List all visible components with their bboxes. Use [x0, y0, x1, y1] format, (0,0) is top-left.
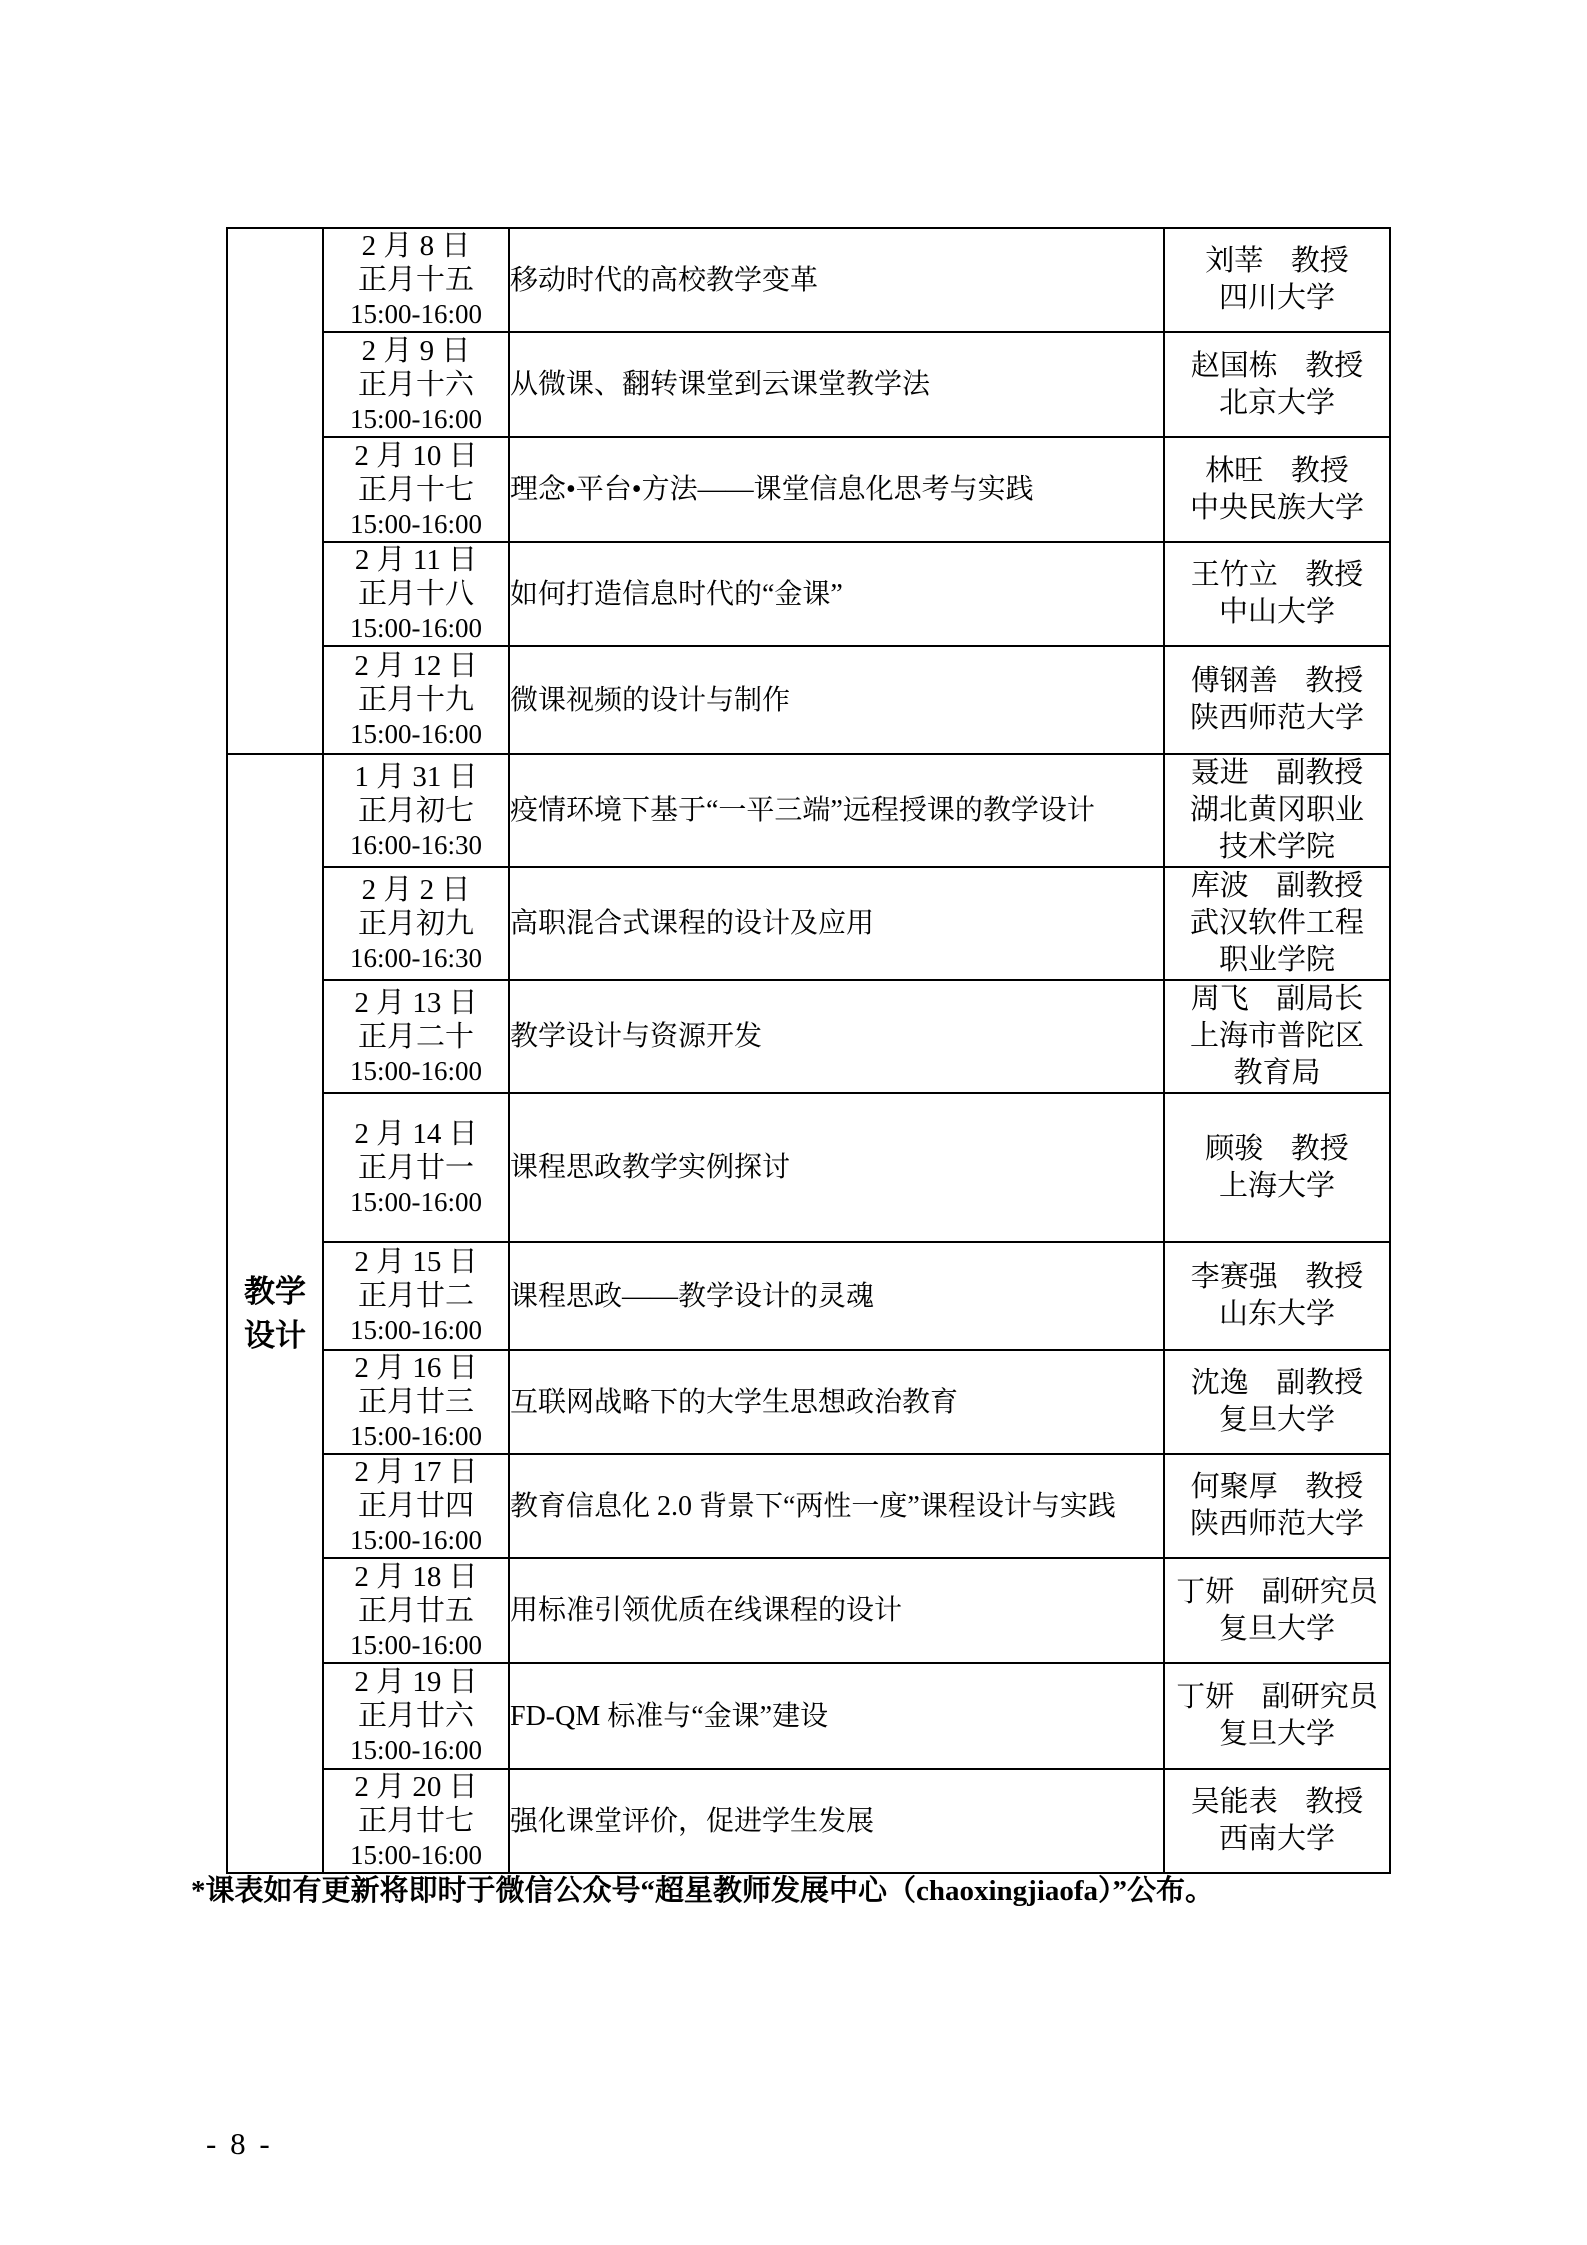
time-slot: 15:00-16:00: [324, 1185, 508, 1219]
speaker-organization: 中央民族大学: [1187, 490, 1367, 527]
time-slot: 15:00-16:00: [324, 1054, 508, 1088]
time-slot: 15:00-16:00: [324, 1419, 508, 1453]
speaker-organization: 中山大学: [1187, 594, 1367, 631]
speaker-title: 教授: [1291, 245, 1349, 277]
lunar-date: 正月廿五: [324, 1594, 508, 1628]
topic-cell: 移动时代的高校教学变革: [509, 228, 1164, 332]
gregorian-date: 2 月 17 日: [324, 1455, 508, 1489]
table-row: 2 月 20 日正月廿七15:00-16:00强化课堂评价，促进学生发展吴能表教…: [227, 1769, 1390, 1873]
gregorian-date: 2 月 10 日: [324, 439, 508, 473]
speaker-title: 教授: [1305, 350, 1363, 382]
speaker-name: 丁妍: [1176, 1681, 1234, 1713]
table-row: 2 月 11 日正月十八15:00-16:00如何打造信息时代的“金课”王竹立教…: [227, 542, 1390, 646]
date-cell: 2 月 11 日正月十八15:00-16:00: [323, 542, 509, 646]
category-line: 设计: [228, 1314, 322, 1358]
speaker-organization: 武汉软件工程职业学院: [1187, 905, 1367, 979]
speaker-name: 丁妍: [1176, 1576, 1234, 1608]
speaker-line: 库波副教授: [1165, 868, 1389, 905]
speaker-line: 王竹立教授: [1165, 557, 1389, 594]
lunar-date: 正月十九: [324, 683, 508, 717]
speaker-title: 教授: [1305, 1786, 1363, 1818]
table-row: 2 月 9 日正月十六15:00-16:00从微课、翻转课堂到云课堂教学法赵国栋…: [227, 332, 1390, 437]
topic-cell: 用标准引领优质在线课程的设计: [509, 1558, 1164, 1663]
time-slot: 15:00-16:00: [324, 1313, 508, 1347]
speaker-organization: 湖北黄冈职业技术学院: [1187, 792, 1367, 866]
speaker-cell: 何聚厚教授陕西师范大学: [1164, 1454, 1390, 1558]
topic-cell: 理念•平台•方法——课堂信息化思考与实践: [509, 437, 1164, 542]
time-slot: 15:00-16:00: [324, 297, 508, 331]
category-line: 教学: [228, 1270, 322, 1314]
gregorian-date: 2 月 9 日: [324, 334, 508, 368]
category-cell: [227, 228, 323, 754]
topic-cell: 互联网战略下的大学生思想政治教育: [509, 1350, 1164, 1454]
speaker-line: 李赛强教授: [1165, 1259, 1389, 1296]
speaker-line: 何聚厚教授: [1165, 1469, 1389, 1506]
date-cell: 2 月 9 日正月十六15:00-16:00: [323, 332, 509, 437]
speaker-line: 丁妍副研究员: [1165, 1679, 1389, 1716]
speaker-cell: 聂进副教授湖北黄冈职业技术学院: [1164, 754, 1390, 867]
speaker-name: 沈逸: [1191, 1367, 1249, 1399]
date-cell: 2 月 15 日正月廿二15:00-16:00: [323, 1242, 509, 1350]
date-cell: 2 月 14 日正月廿一15:00-16:00: [323, 1093, 509, 1242]
speaker-cell: 赵国栋教授北京大学: [1164, 332, 1390, 437]
speaker-title: 副研究员: [1262, 1681, 1378, 1713]
document-page: 2 月 8 日正月十五15:00-16:00移动时代的高校教学变革刘莘教授四川大…: [0, 0, 1587, 2245]
speaker-line: 沈逸副教授: [1165, 1365, 1389, 1402]
speaker-title: 教授: [1291, 455, 1349, 487]
speaker-name: 聂进: [1191, 757, 1249, 789]
topic-cell: 如何打造信息时代的“金课”: [509, 542, 1164, 646]
lunar-date: 正月十五: [324, 263, 508, 297]
lunar-date: 正月廿七: [324, 1804, 508, 1838]
gregorian-date: 2 月 11 日: [324, 543, 508, 577]
speaker-organization: 复旦大学: [1187, 1716, 1367, 1753]
time-slot: 16:00-16:30: [324, 828, 508, 862]
category-cell: 教学设计: [227, 754, 323, 1873]
date-cell: 2 月 8 日正月十五15:00-16:00: [323, 228, 509, 332]
speaker-cell: 沈逸副教授复旦大学: [1164, 1350, 1390, 1454]
gregorian-date: 2 月 13 日: [324, 986, 508, 1020]
time-slot: 15:00-16:00: [324, 717, 508, 751]
speaker-line: 赵国栋教授: [1165, 348, 1389, 385]
table-row: 2 月 18 日正月廿五15:00-16:00用标准引领优质在线课程的设计丁妍副…: [227, 1558, 1390, 1663]
gregorian-date: 2 月 8 日: [324, 229, 508, 263]
speaker-organization: 北京大学: [1187, 385, 1367, 422]
gregorian-date: 2 月 20 日: [324, 1770, 508, 1804]
lunar-date: 正月廿四: [324, 1489, 508, 1523]
speaker-name: 周飞: [1191, 983, 1249, 1015]
speaker-organization: 上海市普陀区教育局: [1187, 1018, 1367, 1092]
time-slot: 15:00-16:00: [324, 1523, 508, 1557]
speaker-organization: 陕西师范大学: [1187, 700, 1367, 737]
date-cell: 2 月 13 日正月二十15:00-16:00: [323, 980, 509, 1093]
lunar-date: 正月初七: [324, 794, 508, 828]
gregorian-date: 2 月 19 日: [324, 1665, 508, 1699]
table-row: 2 月 14 日正月廿一15:00-16:00课程思政教学实例探讨顾骏教授上海大…: [227, 1093, 1390, 1242]
table-row: 2 月 17 日正月廿四15:00-16:00教育信息化 2.0 背景下“两性一…: [227, 1454, 1390, 1558]
table-row: 2 月 15 日正月廿二15:00-16:00课程思政——教学设计的灵魂李赛强教…: [227, 1242, 1390, 1350]
topic-cell: 教育信息化 2.0 背景下“两性一度”课程设计与实践: [509, 1454, 1164, 1558]
speaker-cell: 顾骏教授上海大学: [1164, 1093, 1390, 1242]
schedule-table: 2 月 8 日正月十五15:00-16:00移动时代的高校教学变革刘莘教授四川大…: [226, 227, 1391, 1874]
footnote: *课表如有更新将即时于微信公众号“超星教师发展中心（chaoxingjiaofa…: [191, 1872, 1214, 1910]
topic-cell: 微课视频的设计与制作: [509, 646, 1164, 754]
speaker-title: 副教授: [1276, 1367, 1363, 1399]
speaker-title: 副教授: [1276, 870, 1363, 902]
time-slot: 15:00-16:00: [324, 402, 508, 436]
speaker-organization: 复旦大学: [1187, 1611, 1367, 1648]
table-row: 2 月 8 日正月十五15:00-16:00移动时代的高校教学变革刘莘教授四川大…: [227, 228, 1390, 332]
date-cell: 2 月 10 日正月十七15:00-16:00: [323, 437, 509, 542]
speaker-title: 教授: [1305, 1261, 1363, 1293]
speaker-name: 何聚厚: [1191, 1471, 1278, 1503]
speaker-cell: 吴能表教授西南大学: [1164, 1769, 1390, 1873]
speaker-line: 顾骏教授: [1165, 1131, 1389, 1168]
speaker-cell: 丁妍副研究员复旦大学: [1164, 1558, 1390, 1663]
date-cell: 2 月 16 日正月廿三15:00-16:00: [323, 1350, 509, 1454]
speaker-cell: 傅钢善教授陕西师范大学: [1164, 646, 1390, 754]
topic-cell: FD-QM 标准与“金课”建设: [509, 1663, 1164, 1769]
date-cell: 2 月 17 日正月廿四15:00-16:00: [323, 1454, 509, 1558]
gregorian-date: 2 月 16 日: [324, 1351, 508, 1385]
topic-cell: 高职混合式课程的设计及应用: [509, 867, 1164, 980]
lunar-date: 正月十六: [324, 368, 508, 402]
table-row: 2 月 2 日正月初九16:00-16:30高职混合式课程的设计及应用库波副教授…: [227, 867, 1390, 980]
speaker-title: 教授: [1305, 559, 1363, 591]
speaker-cell: 丁妍副研究员复旦大学: [1164, 1663, 1390, 1769]
speaker-line: 傅钢善教授: [1165, 663, 1389, 700]
gregorian-date: 2 月 2 日: [324, 873, 508, 907]
speaker-title: 副教授: [1276, 757, 1363, 789]
topic-cell: 教学设计与资源开发: [509, 980, 1164, 1093]
speaker-name: 李赛强: [1191, 1261, 1278, 1293]
topic-cell: 从微课、翻转课堂到云课堂教学法: [509, 332, 1164, 437]
table-row: 2 月 13 日正月二十15:00-16:00教学设计与资源开发周飞副局长上海市…: [227, 980, 1390, 1093]
time-slot: 16:00-16:30: [324, 941, 508, 975]
lunar-date: 正月十八: [324, 577, 508, 611]
speaker-name: 赵国栋: [1191, 350, 1278, 382]
date-cell: 2 月 20 日正月廿七15:00-16:00: [323, 1769, 509, 1873]
speaker-organization: 西南大学: [1187, 1821, 1367, 1858]
speaker-cell: 刘莘教授四川大学: [1164, 228, 1390, 332]
speaker-organization: 四川大学: [1187, 280, 1367, 317]
topic-cell: 强化课堂评价，促进学生发展: [509, 1769, 1164, 1873]
table-row: 2 月 19 日正月廿六15:00-16:00FD-QM 标准与“金课”建设丁妍…: [227, 1663, 1390, 1769]
speaker-title: 副局长: [1276, 983, 1363, 1015]
topic-cell: 课程思政——教学设计的灵魂: [509, 1242, 1164, 1350]
table-row: 教学设计1 月 31 日正月初七16:00-16:30疫情环境下基于“一平三端”…: [227, 754, 1390, 867]
gregorian-date: 2 月 14 日: [324, 1117, 508, 1151]
speaker-line: 周飞副局长: [1165, 981, 1389, 1018]
lunar-date: 正月廿三: [324, 1385, 508, 1419]
speaker-organization: 陕西师范大学: [1187, 1506, 1367, 1543]
lunar-date: 正月初九: [324, 907, 508, 941]
date-cell: 2 月 2 日正月初九16:00-16:30: [323, 867, 509, 980]
table-row: 2 月 10 日正月十七15:00-16:00理念•平台•方法——课堂信息化思考…: [227, 437, 1390, 542]
speaker-organization: 山东大学: [1187, 1296, 1367, 1333]
speaker-title: 副研究员: [1262, 1576, 1378, 1608]
time-slot: 15:00-16:00: [324, 611, 508, 645]
speaker-cell: 库波副教授武汉软件工程职业学院: [1164, 867, 1390, 980]
speaker-name: 库波: [1191, 870, 1249, 902]
date-cell: 1 月 31 日正月初七16:00-16:30: [323, 754, 509, 867]
speaker-line: 吴能表教授: [1165, 1784, 1389, 1821]
lunar-date: 正月二十: [324, 1020, 508, 1054]
speaker-line: 丁妍副研究员: [1165, 1574, 1389, 1611]
topic-cell: 疫情环境下基于“一平三端”远程授课的教学设计: [509, 754, 1164, 867]
speaker-line: 林旺教授: [1165, 453, 1389, 490]
table-row: 2 月 12 日正月十九15:00-16:00微课视频的设计与制作傅钢善教授陕西…: [227, 646, 1390, 754]
lunar-date: 正月廿六: [324, 1699, 508, 1733]
date-cell: 2 月 18 日正月廿五15:00-16:00: [323, 1558, 509, 1663]
gregorian-date: 2 月 18 日: [324, 1560, 508, 1594]
date-cell: 2 月 19 日正月廿六15:00-16:00: [323, 1663, 509, 1769]
topic-cell: 课程思政教学实例探讨: [509, 1093, 1164, 1242]
lunar-date: 正月十七: [324, 473, 508, 507]
speaker-organization: 上海大学: [1187, 1168, 1367, 1205]
lunar-date: 正月廿二: [324, 1279, 508, 1313]
gregorian-date: 2 月 15 日: [324, 1245, 508, 1279]
speaker-cell: 李赛强教授山东大学: [1164, 1242, 1390, 1350]
speaker-cell: 王竹立教授中山大学: [1164, 542, 1390, 646]
gregorian-date: 2 月 12 日: [324, 649, 508, 683]
speaker-cell: 周飞副局长上海市普陀区教育局: [1164, 980, 1390, 1093]
date-cell: 2 月 12 日正月十九15:00-16:00: [323, 646, 509, 754]
lunar-date: 正月廿一: [324, 1151, 508, 1185]
time-slot: 15:00-16:00: [324, 1838, 508, 1872]
speaker-line: 刘莘教授: [1165, 243, 1389, 280]
speaker-organization: 复旦大学: [1187, 1402, 1367, 1439]
speaker-name: 林旺: [1205, 455, 1263, 487]
time-slot: 15:00-16:00: [324, 1628, 508, 1662]
speaker-name: 傅钢善: [1191, 665, 1278, 697]
table-row: 2 月 16 日正月廿三15:00-16:00互联网战略下的大学生思想政治教育沈…: [227, 1350, 1390, 1454]
speaker-title: 教授: [1305, 665, 1363, 697]
speaker-line: 聂进副教授: [1165, 755, 1389, 792]
schedule-table-body: 2 月 8 日正月十五15:00-16:00移动时代的高校教学变革刘莘教授四川大…: [227, 228, 1390, 1873]
speaker-name: 顾骏: [1205, 1133, 1263, 1165]
speaker-title: 教授: [1305, 1471, 1363, 1503]
speaker-name: 刘莘: [1205, 245, 1263, 277]
speaker-title: 教授: [1291, 1133, 1349, 1165]
speaker-name: 王竹立: [1191, 559, 1278, 591]
speaker-cell: 林旺教授中央民族大学: [1164, 437, 1390, 542]
gregorian-date: 1 月 31 日: [324, 760, 508, 794]
speaker-name: 吴能表: [1191, 1786, 1278, 1818]
time-slot: 15:00-16:00: [324, 1733, 508, 1767]
time-slot: 15:00-16:00: [324, 507, 508, 541]
page-number: - 8 -: [206, 2126, 273, 2162]
